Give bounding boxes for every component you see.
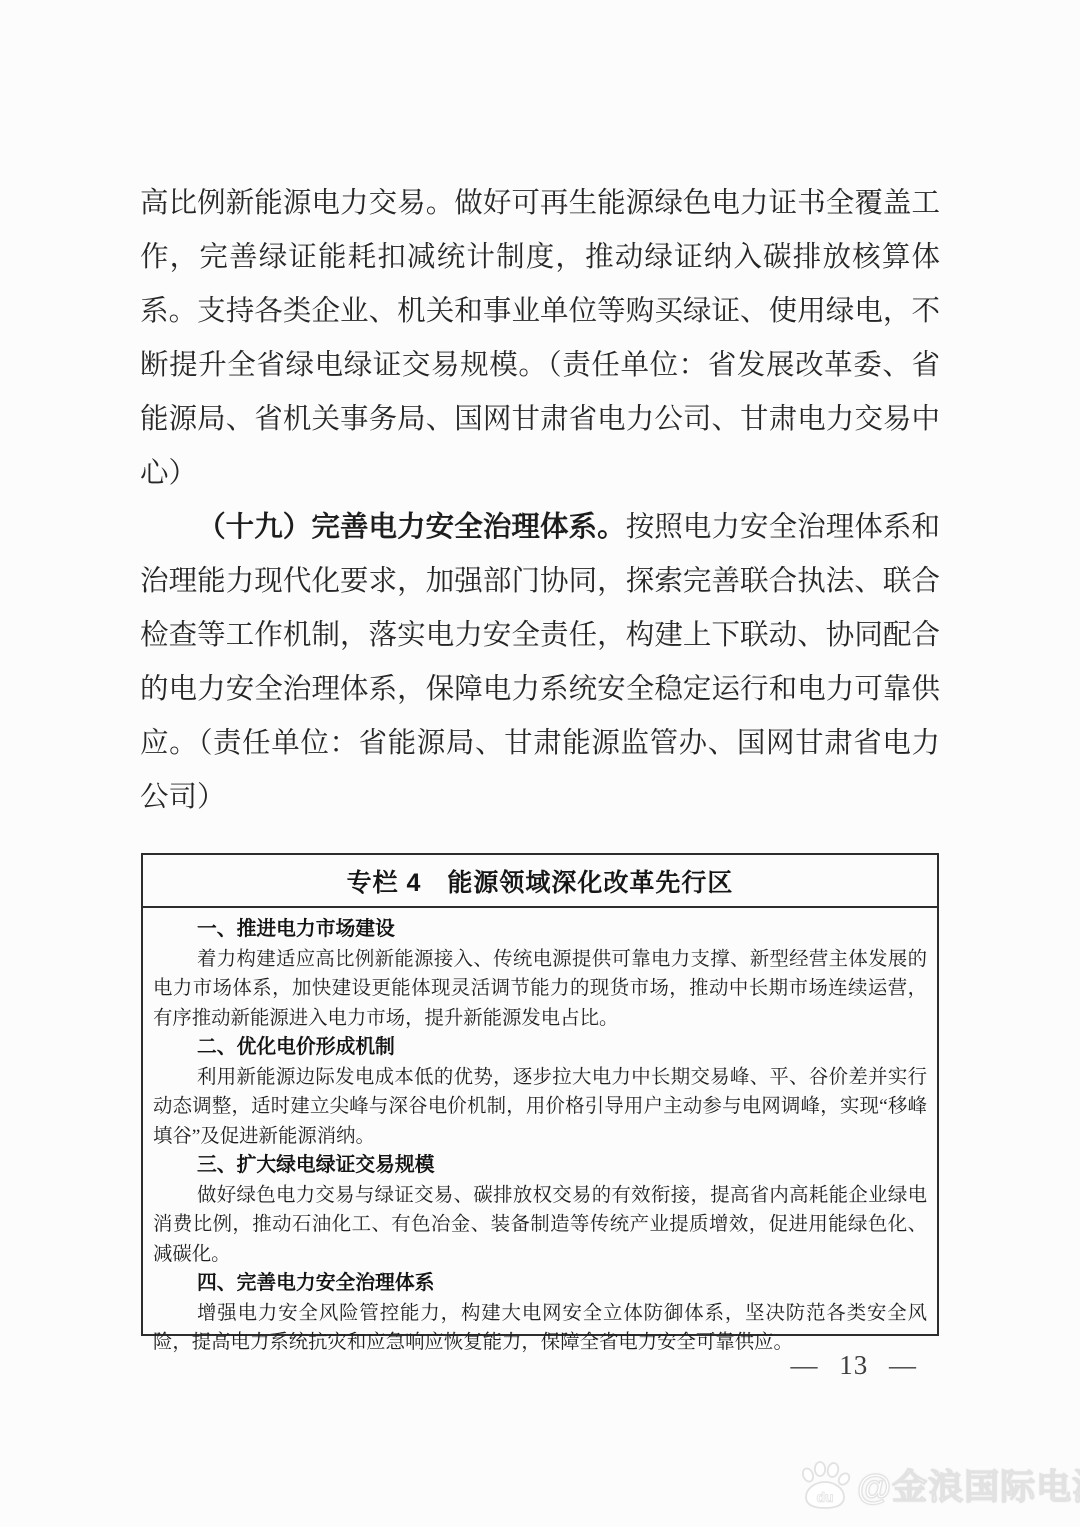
section-2-heading: 二、优化电价形成机制 [153,1033,927,1063]
paragraph-19-power-safety: （十九）完善电力安全治理体系。按照电力安全治理体系和治理能力现代化要求，加强部门… [140,501,940,825]
paragraph-lead-bold: （十九）完善电力安全治理体系。 [197,512,626,543]
column-box-4: 专栏 4 能源领域深化改革先行区 一、推进电力市场建设 着力构建适应高比例新能源… [141,853,939,1336]
paw-icon-label: du [816,1489,833,1505]
column-box-title: 专栏 4 能源领域深化改革先行区 [143,855,937,908]
watermark-text: @金浪国际电池展 [857,1460,1080,1510]
section-4-heading: 四、完善电力安全治理体系 [153,1269,927,1299]
paragraph-green-certificates: 高比例新能源电力交易。做好可再生能源绿色电力证书全覆盖工作，完善绿证能耗扣减统计… [140,177,940,501]
section-2-body: 利用新能源边际发电成本低的优势，逐步拉大电力中长期交易峰、平、谷价差并实行动态调… [153,1063,927,1152]
document-page: 高比例新能源电力交易。做好可再生能源绿色电力证书全覆盖工作，完善绿证能耗扣减统计… [0,0,1080,1527]
page-number: — 13 — [791,1350,918,1381]
section-1-body: 着力构建适应高比例新能源接入、传统电源提供可靠电力支撑、新型经营主体发展的电力市… [153,945,927,1034]
paragraph-text: 按照电力安全治理体系和治理能力现代化要求，加强部门协同，探索完善联合执法、联合检… [140,512,940,813]
section-3-body: 做好绿色电力交易与绿证交易、碳排放权交易的有效衔接，提高省内高耗能企业绿电消费比… [153,1181,927,1270]
main-text: 高比例新能源电力交易。做好可再生能源绿色电力证书全覆盖工作，完善绿证能耗扣减统计… [140,177,940,825]
section-4-body: 增强电力安全风险管控能力，构建大电网安全立体防御体系，坚决防范各类安全风险，提高… [153,1299,927,1358]
baidu-paw-icon: du [796,1460,854,1510]
watermark: du @金浪国际电池展 [796,1460,1080,1510]
section-3-heading: 三、扩大绿电绿证交易规模 [153,1151,927,1181]
paragraph-text: 高比例新能源电力交易。做好可再生能源绿色电力证书全覆盖工作，完善绿证能耗扣减统计… [140,188,940,489]
section-1-heading: 一、推进电力市场建设 [153,915,927,945]
column-box-body: 一、推进电力市场建设 着力构建适应高比例新能源接入、传统电源提供可靠电力支撑、新… [143,908,937,1358]
